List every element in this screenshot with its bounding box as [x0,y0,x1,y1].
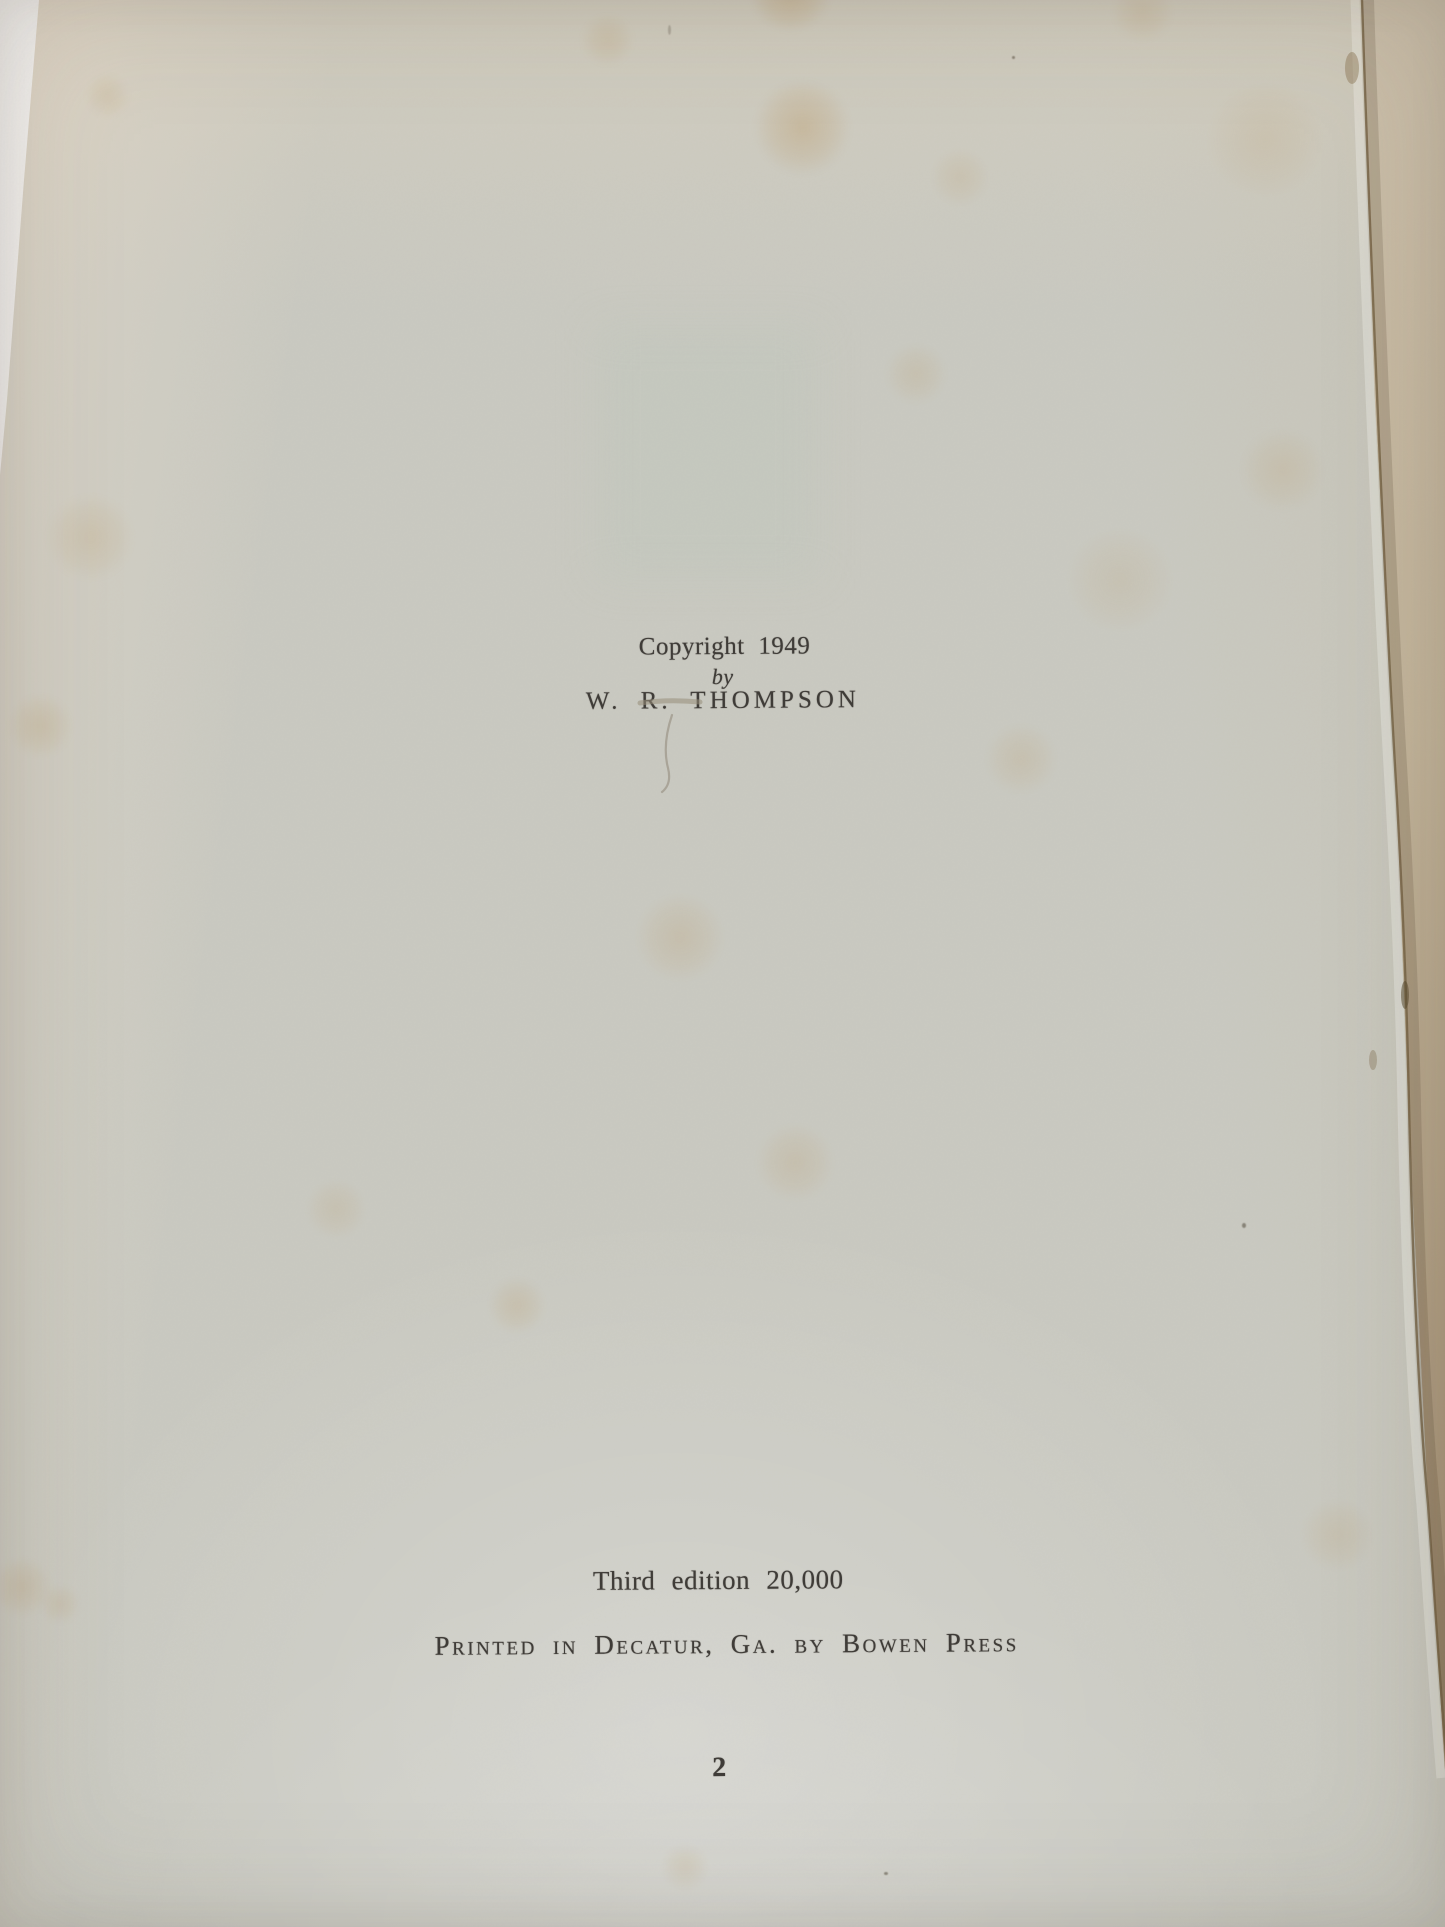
page-number: 2 [0,1748,1442,1789]
edition-line: Third edition 20,000 [0,1561,1441,1601]
printer-line: Printed in Decatur, Ga. by Bowen Press [4,1625,1445,1665]
copyright-line: Copyright 1949 [2,629,1445,666]
book-copyright-page-photo: Copyright 1949 by W. R. THOMPSON Third e… [0,0,1445,1927]
printed-text: Copyright 1949 by W. R. THOMPSON Third e… [0,0,1445,1927]
